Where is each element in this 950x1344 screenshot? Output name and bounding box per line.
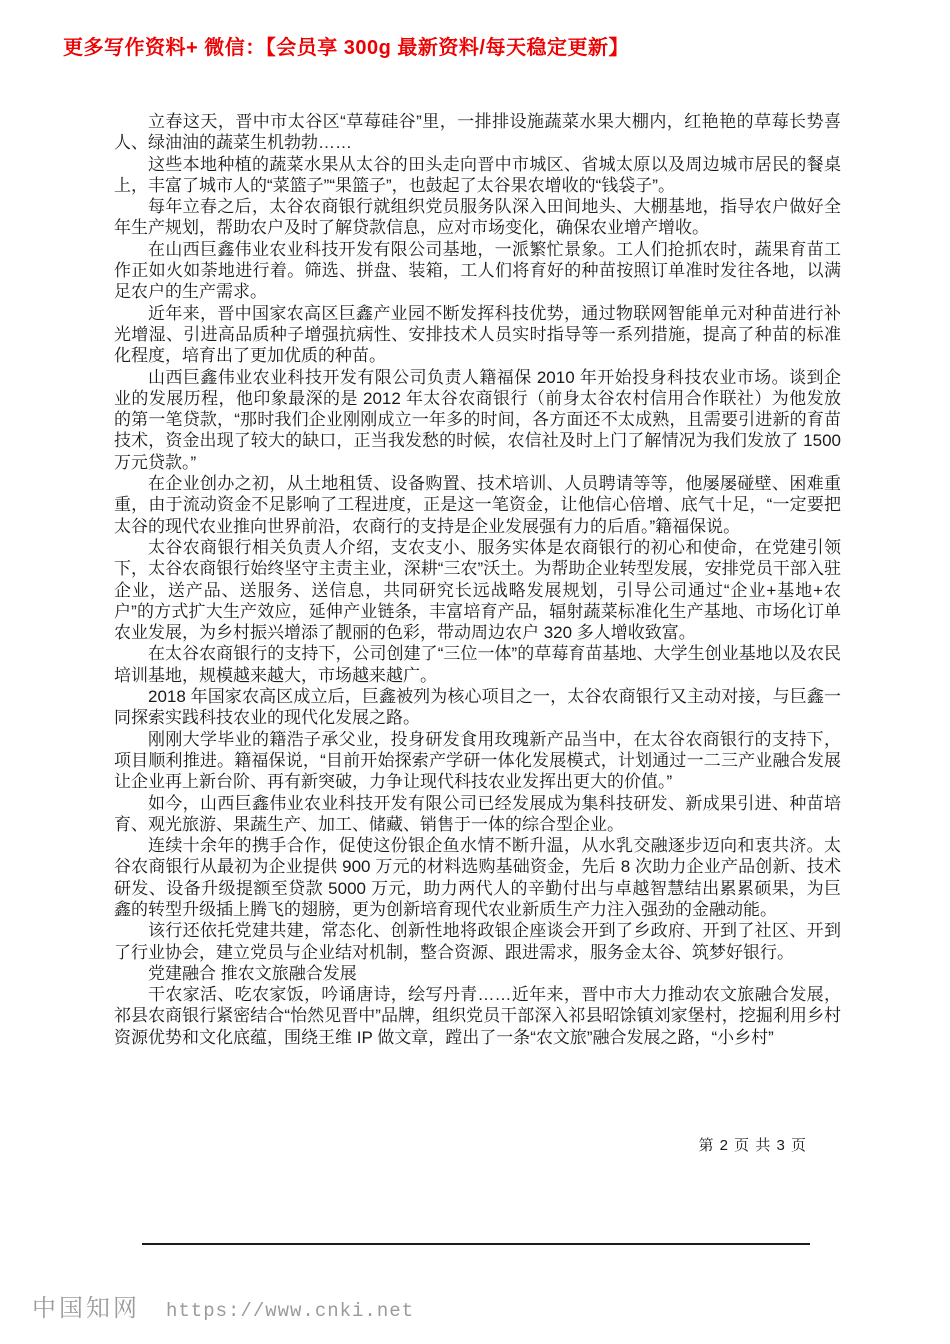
paragraph: 2018 年国家农高区成立后，巨鑫被列为核心项目之一，太谷农商银行又主动对接，与…: [114, 686, 841, 729]
paragraph: 干农家活、吃农家饭，吟诵唐诗，绘写丹青……近年来，晋中市大力推动农文旅融合发展，…: [114, 984, 841, 1048]
cnki-site-url: https://www.cnki.net: [166, 1300, 414, 1322]
paragraph: 在太谷农商银行的支持下，公司创建了“三位一体”的草莓育苗基地、大学生创业基地以及…: [114, 643, 841, 686]
document-page: 更多写作资料+ 微信：【会员享 300g 最新资料/每天稳定更新】 立春这天，晋…: [0, 0, 950, 1344]
paragraph: 党建融合 推农文旅融合发展: [114, 963, 841, 984]
paragraph: 在山西巨鑫伟业农业科技开发有限公司基地，一派繁忙景象。工人们抢抓农时，蔬果育苗工…: [114, 239, 841, 303]
paragraph: 这些本地种植的蔬菜水果从太谷的田头走向晋中市城区、省城太原以及周边城市居民的餐桌…: [114, 154, 841, 197]
paragraph: 如今，山西巨鑫伟业农业科技开发有限公司已经发展成为集科技研发、新成果引进、种苗培…: [114, 793, 841, 836]
paragraph: 每年立春之后，太谷农商银行就组织党员服务队深入田间地头、大棚基地，指导农户做好全…: [114, 196, 841, 239]
paragraph: 山西巨鑫伟业农业科技开发有限公司负责人籍福保 2010 年开始投身科技农业市场。…: [114, 367, 841, 473]
cnki-site-name: 中国知网: [32, 1288, 140, 1323]
footer-divider: [142, 1243, 810, 1245]
paragraph: 在企业创办之初，从土地租赁、设备购置、技术培训、人员聘请等等，他屡屡碰壁、困难重…: [114, 473, 841, 537]
paragraph: 连续十余年的携手合作，促使这份银企鱼水情不断升温，从水乳交融逐步迈向和衷共济。太…: [114, 835, 841, 920]
promo-banner: 更多写作资料+ 微信：【会员享 300g 最新资料/每天稳定更新】: [63, 35, 629, 61]
page-indicator: 第 2 页 共 3 页: [698, 1134, 807, 1155]
paragraph: 刚刚大学毕业的籍浩子承父业，投身研发食用玫瑰新产品当中，在太谷农商银行的支持下，…: [114, 729, 841, 793]
paragraph: 太谷农商银行相关负责人介绍，支农支小、服务实体是农商银行的初心和使命，在党建引领…: [114, 537, 841, 643]
paragraph: 该行还依托党建共建，常态化、创新性地将政银企座谈会开到了乡政府、开到了社区、开到…: [114, 920, 841, 963]
document-body: 立春这天，晋中市太谷区“草莓硅谷”里，一排排设施蔬菜水果大棚内，红艳艳的草莓长势…: [114, 111, 841, 1048]
paragraph: 立春这天，晋中市太谷区“草莓硅谷”里，一排排设施蔬菜水果大棚内，红艳艳的草莓长势…: [114, 111, 841, 154]
paragraph: 近年来，晋中国家农高区巨鑫产业园不断发挥科技优势，通过物联网智能单元对种苗进行补…: [114, 303, 841, 367]
watermark: 中国知网 https://www.cnki.net: [32, 1288, 414, 1323]
